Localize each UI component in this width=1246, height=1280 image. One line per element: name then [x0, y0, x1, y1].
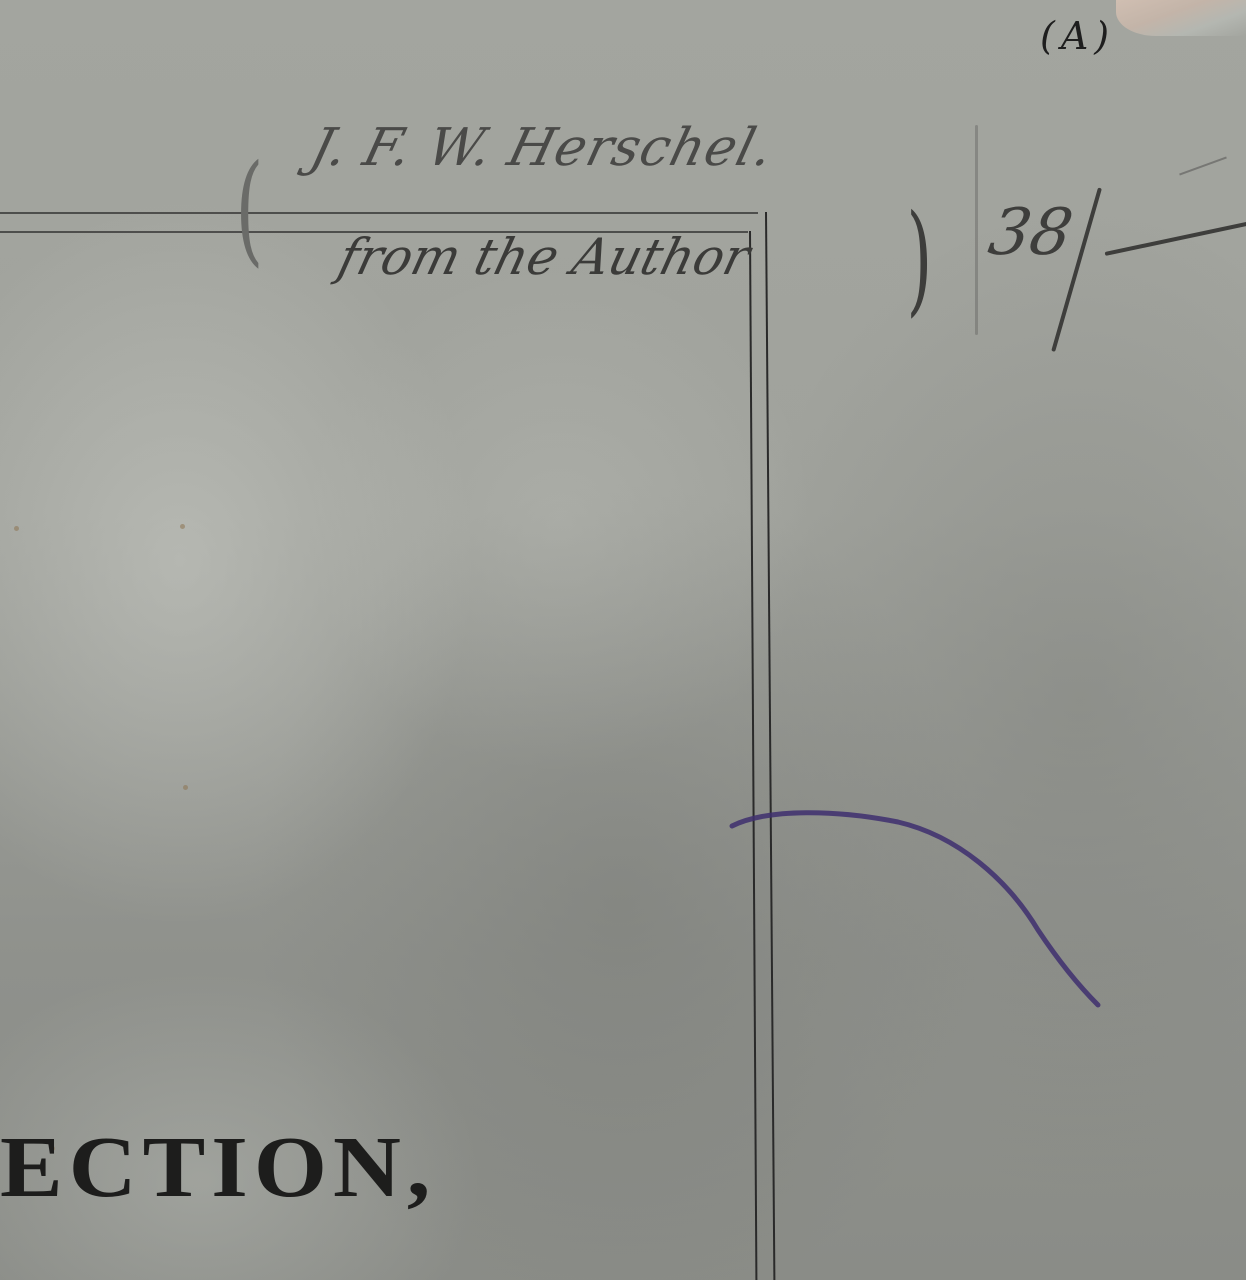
torn-paper-corner	[1116, 0, 1246, 36]
border-rule-top-outer	[0, 212, 758, 214]
inscription-bracket-right: )	[907, 190, 933, 329]
shelfmark-label: (A)	[1040, 14, 1115, 58]
inscription-bracket-left: (	[235, 140, 263, 279]
handwritten-signature: J. F. W. Herschel.	[305, 118, 781, 178]
paper-background	[0, 0, 1246, 1280]
pencil-mark	[975, 125, 978, 335]
price-mark: 38	[983, 196, 1077, 270]
printed-title-fragment: ECTION,	[0, 1124, 436, 1210]
handwritten-dedication: from the Author	[333, 228, 756, 286]
